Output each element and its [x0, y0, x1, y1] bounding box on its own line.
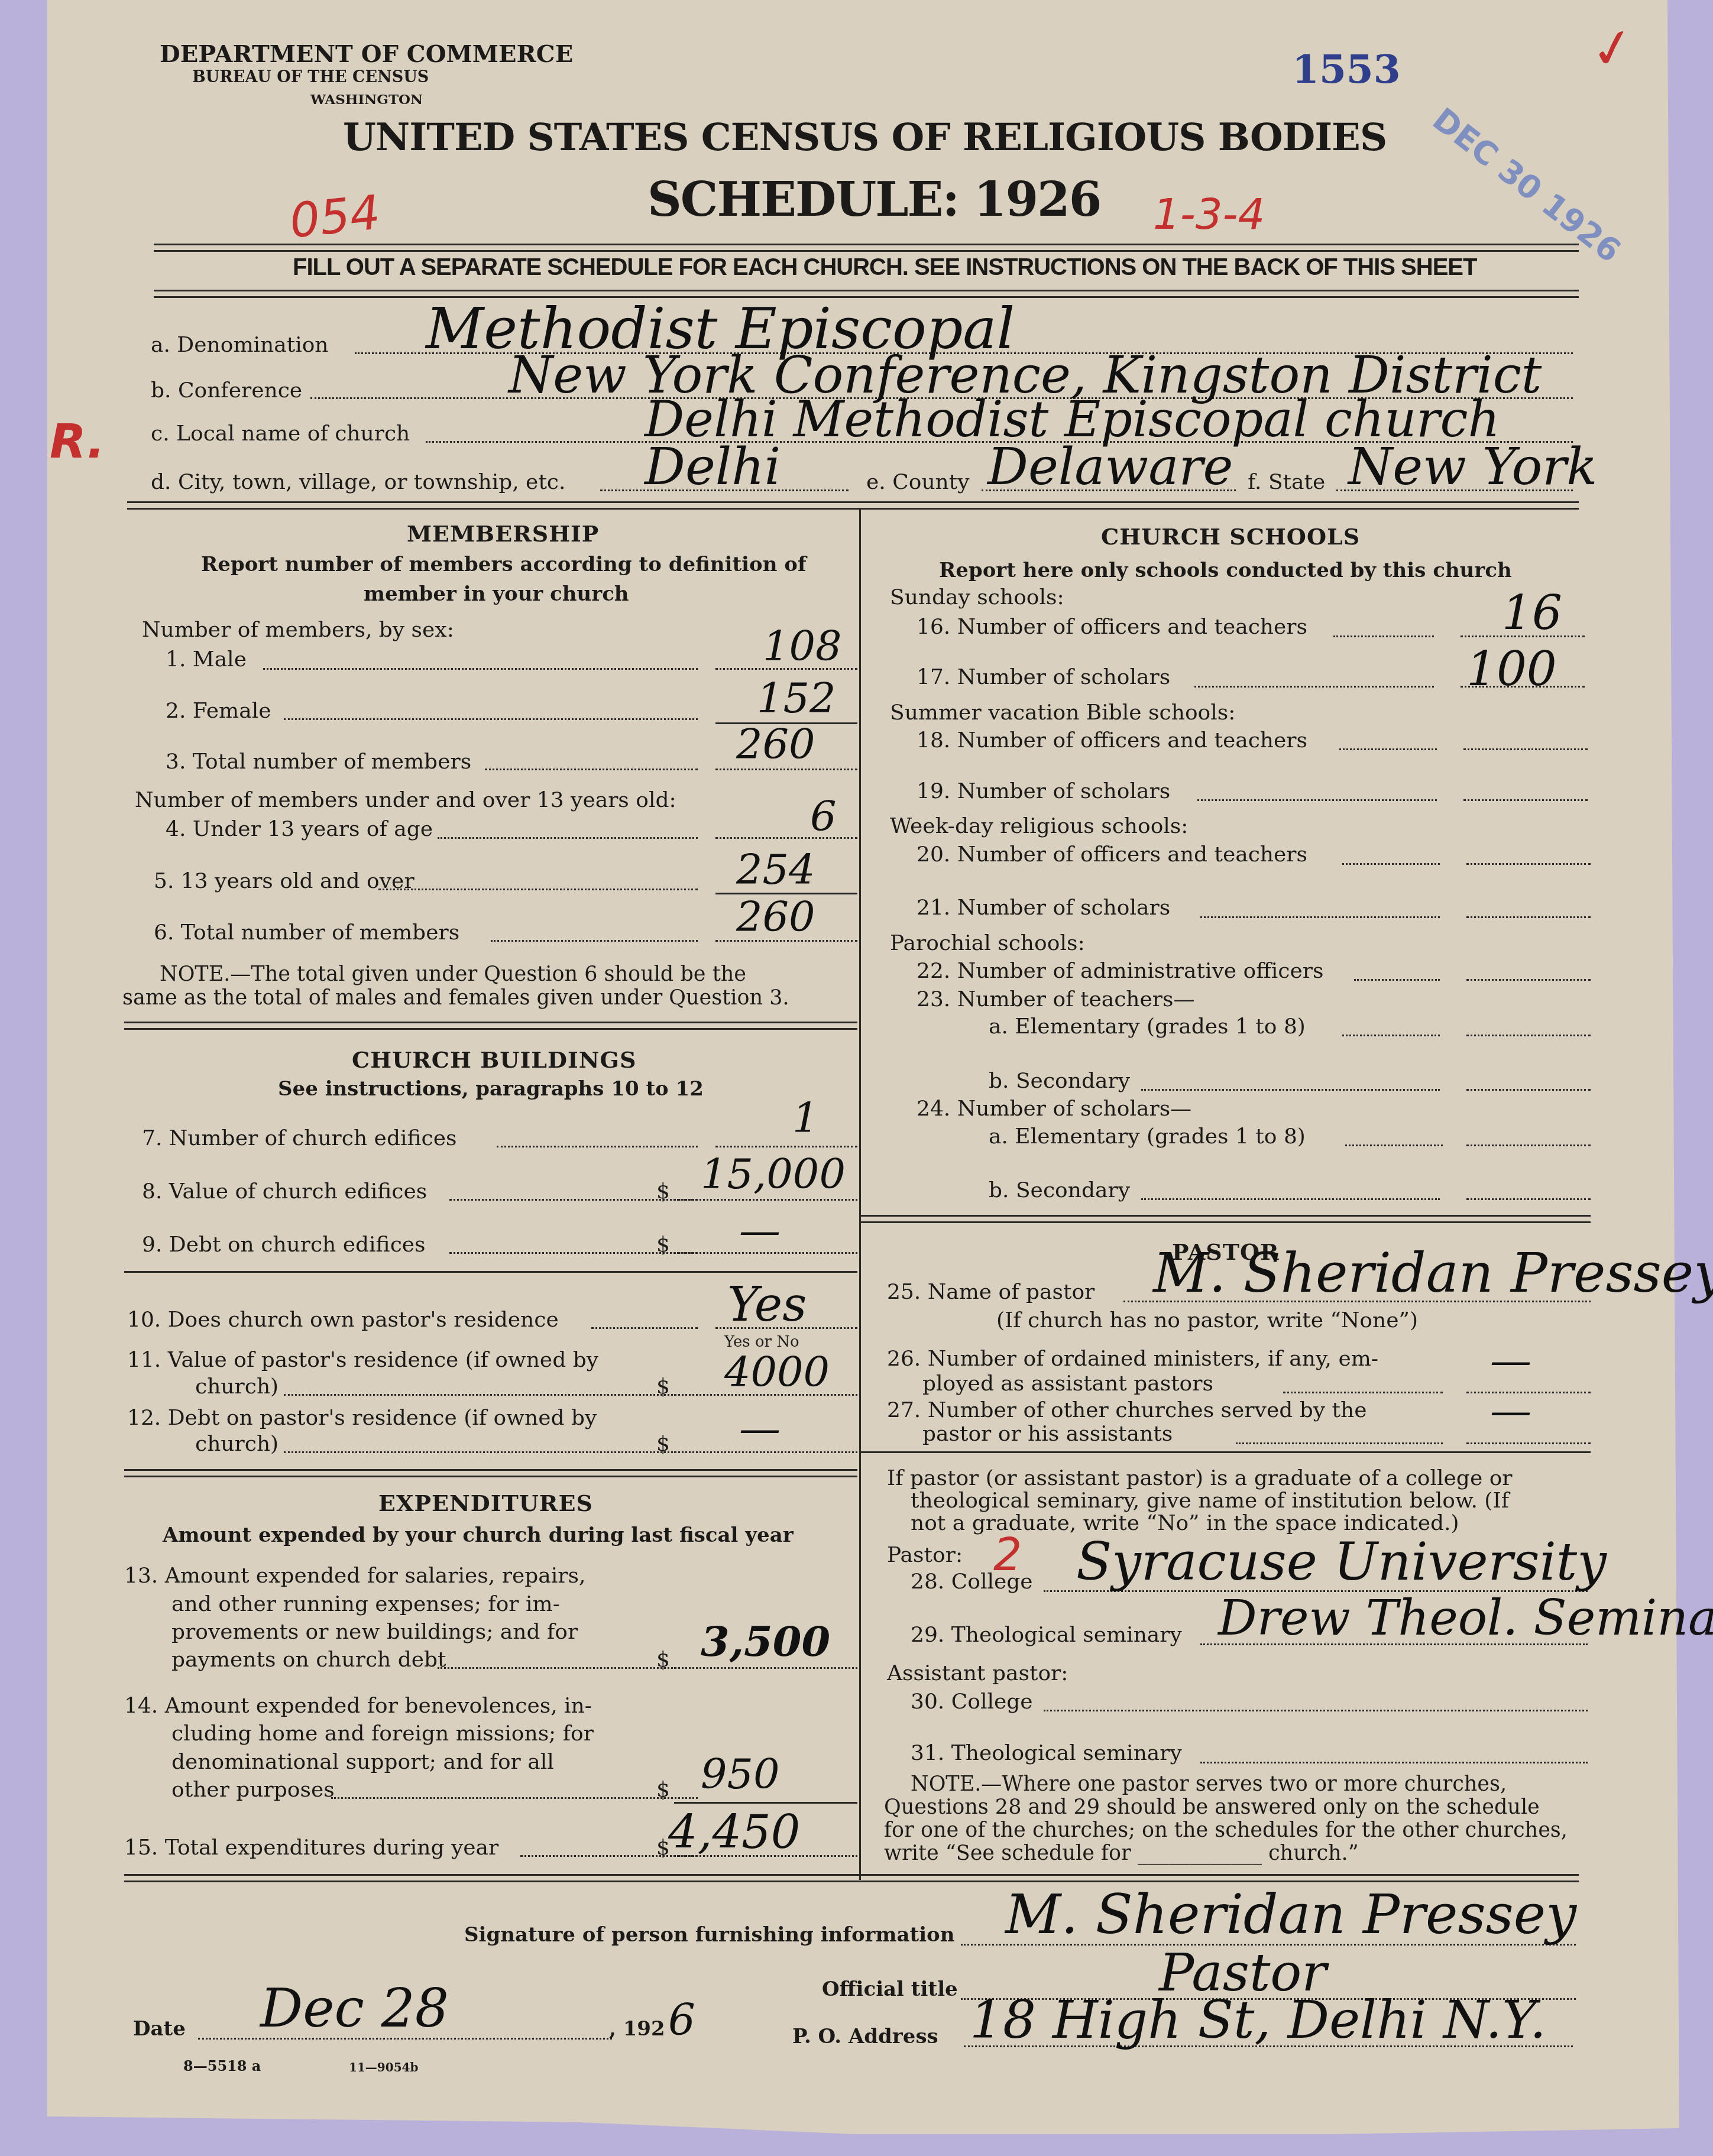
signature-label: Signature of person furnishing informati…	[464, 1923, 955, 1947]
q19-label: 19. Number of scholars	[917, 779, 1170, 803]
q27-line	[1466, 1442, 1591, 1444]
q29-value[interactable]: Drew Theol. Seminary	[1218, 1590, 1713, 1646]
q23-label: 23. Number of teachers—	[917, 987, 1195, 1011]
under-13-value[interactable]: 6	[810, 792, 837, 841]
city-value[interactable]: Delhi	[645, 437, 781, 497]
pastor-name-label: 25. Name of pastor	[887, 1280, 1094, 1304]
q24a-dots	[1345, 1145, 1443, 1146]
assistant-pastor-heading: Assistant pastor:	[887, 1661, 1068, 1685]
membership-note-2: same as the total of males and females g…	[122, 986, 789, 1010]
q24-label: 24. Number of scholars—	[917, 1097, 1191, 1121]
sunday-schools-heading: Sunday schools:	[890, 585, 1064, 609]
buildings-title: CHURCH BUILDINGS	[352, 1046, 636, 1073]
q26-label-1: 26. Number of ordained ministers, if any…	[887, 1347, 1378, 1371]
q16-value[interactable]: 16	[1502, 585, 1562, 640]
total-members-2-value[interactable]: 260	[736, 893, 815, 941]
male-dots	[263, 668, 698, 670]
q14-line-2: cluding home and foreign missions; for	[171, 1721, 594, 1746]
q24a-label: a. Elementary (grades 1 to 8)	[989, 1124, 1306, 1149]
graduate-instruction-2: theological seminary, give name of insti…	[911, 1489, 1509, 1513]
identity-divider	[127, 501, 1579, 510]
q13-line-2: and other running expenses; for im-	[171, 1592, 560, 1616]
q13-line-4: payments on church debt	[171, 1648, 446, 1672]
residence-debt-label-2: church)	[195, 1432, 279, 1456]
membership-divider	[124, 1022, 857, 1030]
total-2-dots	[491, 940, 698, 942]
male-value[interactable]: 108	[763, 622, 842, 670]
membership-subtitle-1: Report number of members according to de…	[201, 553, 807, 576]
q27-label-2: pastor or his assistants	[922, 1422, 1173, 1446]
q30-label: 30. College	[911, 1690, 1033, 1714]
expenditures-subtitle: Amount expended by your church during la…	[163, 1523, 794, 1547]
signature-value[interactable]: M. Sheridan Pressey	[1005, 1883, 1576, 1946]
conference-label: b. Conference	[151, 378, 302, 403]
city-label: WASHINGTON	[310, 92, 423, 108]
total-line	[715, 769, 857, 770]
q14-value[interactable]: 950	[701, 1750, 780, 1798]
q14-sum-line	[674, 1802, 857, 1804]
q18-line	[1463, 748, 1588, 750]
date-label: Date	[133, 2017, 186, 2041]
expenditures-title: EXPENDITURES	[378, 1490, 593, 1516]
q28-value[interactable]: Syracuse University	[1076, 1531, 1607, 1592]
form-code-2: 11—9054b	[349, 2060, 418, 2074]
schools-title: CHURCH SCHOOLS	[1101, 523, 1360, 550]
by-sex-label: Number of members, by sex:	[142, 618, 454, 642]
q22-label: 22. Number of administrative officers	[917, 959, 1323, 983]
dollar-sign: $	[656, 1648, 670, 1672]
q24b-line	[1466, 1198, 1591, 1200]
summer-schools-heading: Summer vacation Bible schools:	[890, 701, 1235, 725]
q18-dots	[1339, 748, 1437, 750]
membership-note-1: NOTE.—The total given under Question 6 s…	[160, 962, 746, 986]
edifices-value-value[interactable]: 15,000	[701, 1150, 846, 1198]
pastor-note-4: write “See schedule for ____________ chu…	[884, 1841, 1359, 1865]
schools-divider	[860, 1215, 1591, 1223]
residence-value-label: 11. Value of pastor's residence (if owne…	[127, 1348, 598, 1372]
q16-dots	[1333, 636, 1434, 637]
year-digit[interactable]: 6	[668, 1995, 695, 2045]
red-code-right: 1-3-4	[1153, 189, 1265, 239]
q22-line	[1466, 979, 1591, 981]
female-dots	[284, 718, 698, 720]
total-dots	[485, 769, 698, 770]
residence-value-label-2: church)	[195, 1374, 279, 1399]
q23b-dots	[1141, 1089, 1440, 1091]
q17-value[interactable]: 100	[1466, 641, 1557, 696]
pastor-divider	[860, 1451, 1591, 1453]
q21-line	[1466, 916, 1591, 918]
pastor-note-2: Questions 28 and 29 should be answered o…	[884, 1795, 1540, 1819]
q19-line	[1463, 799, 1588, 801]
q26-dots	[1283, 1392, 1443, 1393]
dollar-sign: $	[656, 1374, 670, 1399]
q29-label: 29. Theological seminary	[911, 1623, 1182, 1647]
edifices-line	[715, 1146, 857, 1147]
residence-debt-dots	[284, 1451, 698, 1453]
q20-line	[1466, 863, 1591, 865]
body-bottom-divider	[124, 1874, 1579, 1882]
female-label: 2. Female	[166, 699, 271, 723]
graduate-instruction-1: If pastor (or assistant pastor) is a gra…	[887, 1466, 1513, 1490]
q15-label: 15. Total expenditures during year	[124, 1836, 498, 1860]
schedule-title: SCHEDULE: 1926	[647, 171, 1100, 227]
under-13-label: 4. Under 13 years of age	[166, 817, 433, 841]
residence-value-dots	[284, 1394, 698, 1396]
q27-value[interactable]: —	[1490, 1386, 1531, 1435]
county-value[interactable]: Delaware	[987, 437, 1233, 497]
q23a-dots	[1342, 1035, 1440, 1036]
department-label: DEPARTMENT OF COMMERCE	[160, 40, 573, 68]
buildings-divider	[124, 1469, 857, 1477]
edifices-debt-label: 9. Debt on church edifices	[142, 1233, 426, 1257]
edifices-debt-value[interactable]: —	[739, 1206, 781, 1254]
q20-label: 20. Number of officers and teachers	[917, 842, 1307, 867]
dollar-sign: $	[656, 1778, 670, 1802]
dollar-sign: $	[656, 1432, 670, 1456]
over-13-dots	[378, 889, 698, 890]
q23a-line	[1466, 1035, 1591, 1036]
under-13-dots	[438, 837, 698, 839]
q23b-label: b. Secondary	[989, 1069, 1130, 1093]
total-members-value[interactable]: 260	[736, 720, 815, 769]
q16-label: 16. Number of officers and teachers	[917, 615, 1307, 639]
red-mark-r: R.	[50, 414, 105, 469]
schools-subtitle: Report here only schools conducted by th…	[939, 559, 1512, 582]
q23b-line	[1466, 1089, 1591, 1091]
q31-label: 31. Theological seminary	[911, 1741, 1182, 1765]
buildings-subtitle: See instructions, paragraphs 10 to 12	[278, 1077, 704, 1101]
header-divider	[154, 244, 1579, 252]
q18-label: 18. Number of officers and teachers	[917, 728, 1307, 753]
male-label: 1. Male	[166, 647, 247, 672]
city-field-label: d. City, town, village, or township, etc…	[151, 470, 565, 494]
weekday-schools-heading: Week-day religious schools:	[890, 814, 1188, 838]
membership-subtitle-2: member in your church	[364, 582, 629, 606]
q26-label-2: ployed as assistant pastors	[922, 1372, 1213, 1396]
official-title-label: Official title	[822, 1977, 958, 2001]
denomination-label: a. Denomination	[151, 333, 329, 357]
q21-dots	[1200, 916, 1440, 918]
residence-value-value[interactable]: 4000	[724, 1348, 830, 1396]
edifices-dots	[497, 1146, 698, 1147]
q13-line-3: provements or new buildings; and for	[171, 1620, 578, 1644]
state-value[interactable]: New York	[1348, 437, 1597, 497]
red-code-left: 054	[287, 184, 383, 248]
address-label: P. O. Address	[792, 2025, 938, 2048]
q14-dots	[331, 1797, 698, 1799]
q26-value[interactable]: —	[1490, 1336, 1531, 1385]
female-value[interactable]: 152	[757, 674, 836, 722]
q27-label-1: 27. Number of other churches served by t…	[887, 1398, 1366, 1422]
edifices-value-line	[674, 1199, 857, 1201]
pastor-note-1: NOTE.—Where one pastor serves two or mor…	[911, 1772, 1507, 1796]
local-name-label: c. Local name of church	[151, 422, 410, 446]
q13-value[interactable]: 3,500	[701, 1617, 830, 1666]
q19-dots	[1197, 799, 1437, 801]
address-value[interactable]: 18 High St, Delhi N.Y.	[970, 1989, 1546, 2050]
q14-line-1: 14. Amount expended for benevolences, in…	[124, 1694, 592, 1718]
q27-dots	[1236, 1442, 1443, 1444]
q24b-dots	[1141, 1198, 1440, 1200]
q13-line-1: 13. Amount expended for salaries, repair…	[124, 1564, 585, 1588]
owns-residence-dots	[591, 1327, 698, 1329]
bureau-label: BUREAU OF THE CENSUS	[192, 68, 429, 86]
q17-label: 17. Number of scholars	[917, 665, 1170, 689]
total-members-2-label: 6. Total number of members	[154, 920, 459, 945]
q31-line	[1200, 1762, 1588, 1763]
q13-line	[674, 1667, 857, 1669]
buildings-mid-divider	[124, 1271, 857, 1273]
residence-debt-label: 12. Debt on pastor's residence (if owned…	[127, 1406, 597, 1430]
q21-label: 21. Number of scholars	[917, 896, 1170, 920]
serial-number-stamp: 1553	[1292, 46, 1401, 92]
date-value[interactable]: Dec 28	[260, 1977, 449, 2040]
residence-debt-value[interactable]: —	[739, 1404, 781, 1453]
q28-label: 28. College	[911, 1570, 1033, 1594]
q15-value[interactable]: 4,450	[668, 1806, 800, 1859]
q23a-label: a. Elementary (grades 1 to 8)	[989, 1014, 1306, 1039]
over-13-label: 5. 13 years old and over	[154, 869, 415, 893]
membership-title: MEMBERSHIP	[407, 520, 599, 547]
pastor-note-3: for one of the churches; on the schedule…	[884, 1818, 1568, 1842]
owns-residence-value[interactable]: Yes	[727, 1277, 807, 1332]
pastor-name-hint: (If church has no pastor, write “None”)	[996, 1308, 1418, 1332]
fill-out-instruction: FILL OUT A SEPARATE SCHEDULE FOR EACH CH…	[293, 254, 1476, 281]
edifices-count-label: 7. Number of church edifices	[142, 1126, 456, 1150]
q14-line-3: denominational support; and for all	[171, 1750, 554, 1774]
q22-dots	[1354, 979, 1440, 981]
age-group-label: Number of members under and over 13 year…	[135, 788, 676, 812]
form-title: UNITED STATES CENSUS OF RELIGIOUS BODIES	[343, 115, 1387, 160]
parochial-schools-heading: Parochial schools:	[890, 931, 1085, 955]
column-divider	[859, 508, 861, 1880]
edifices-value-label: 8. Value of church edifices	[142, 1179, 427, 1204]
state-label: f. State	[1248, 470, 1325, 494]
q30-line	[1044, 1710, 1588, 1711]
pastor-name-value[interactable]: M. Sheridan Pressey	[1153, 1241, 1713, 1305]
q14-line-4: other purposes	[171, 1778, 335, 1802]
dollar-sign: $	[656, 1233, 670, 1257]
edifices-count-value[interactable]: 1	[792, 1094, 819, 1142]
q17-dots	[1194, 686, 1434, 688]
q20-dots	[1342, 863, 1440, 865]
form-code-1: 8—5518 a	[183, 2057, 261, 2074]
total-members-label: 3. Total number of members	[166, 750, 471, 774]
year-prefix: , 192	[609, 2017, 665, 2041]
owns-residence-label: 10. Does church own pastor's residence	[127, 1308, 559, 1332]
q24a-line	[1466, 1145, 1591, 1146]
over-13-value[interactable]: 254	[736, 845, 815, 894]
county-label: e. County	[866, 470, 970, 494]
dollar-sign: $	[656, 1179, 670, 1204]
q24b-label: b. Secondary	[989, 1178, 1130, 1202]
pastor-heading: Pastor:	[887, 1543, 963, 1567]
